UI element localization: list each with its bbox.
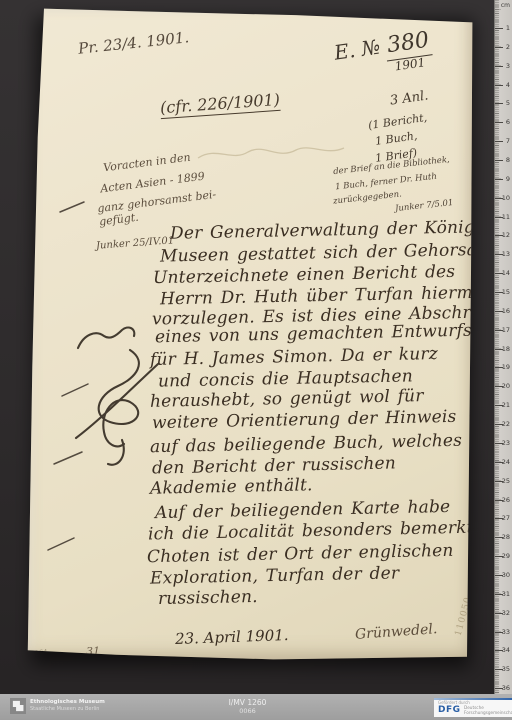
ruler-cm-mark: 27	[495, 513, 512, 523]
ruler-cm-mark: 26	[495, 495, 512, 505]
dfg-logo: Gefördert durch DFG Deutsche Forschungsg…	[434, 698, 512, 717]
manuscript-page: Pr. 23/4. 1901. E. № 380 1901 (cfr. 226/…	[26, 6, 476, 662]
image-number: 0066	[0, 707, 495, 716]
right-margin-signature: Junker 7/5.01	[395, 199, 454, 214]
ruler-cm-mark: 30	[495, 570, 512, 580]
ruler-cm-mark: 18	[495, 344, 512, 354]
ruler-cm-mark: 34	[495, 645, 512, 655]
caption-center: I/MV 1260 0066	[0, 698, 495, 716]
ruler-cm-mark: 9	[495, 174, 512, 184]
body-line: weitere Orientierung der Hinweis	[152, 409, 457, 432]
ruler-cm-mark: 12	[495, 230, 512, 240]
archive-sequence-stamp: 110050	[455, 596, 474, 637]
cross-reference-note: (cfr. 226/1901)	[160, 92, 281, 116]
body-line: Akademie enthält.	[150, 477, 313, 497]
e-number-note: E. № 380 1901	[333, 29, 432, 64]
right-margin-note-line: 1 Buch, ferner Dr. Huth	[335, 173, 437, 192]
ruler-cm-mark: 1	[495, 23, 512, 33]
e-number-prefix: E. №	[333, 34, 382, 64]
ruler-cm-mark: 3	[495, 61, 512, 71]
body-line: russischen.	[158, 589, 258, 608]
ruler-cm-mark: 25	[495, 476, 512, 486]
pencil-squiggle	[198, 148, 344, 158]
enclosure-count: 3 Anl.	[389, 89, 429, 107]
body-line: ich die Localität besonders bemerkt.	[148, 520, 480, 544]
enclosure-item: (1 Bericht,	[368, 112, 428, 131]
ruler-cm-mark: 17	[495, 325, 512, 335]
ruler-cm-mark: 16	[495, 306, 512, 316]
ruler-cm-mark: 24	[495, 457, 512, 467]
ruler-cm-mark: 32	[495, 608, 512, 618]
e-number-year: 1901	[394, 56, 426, 72]
body-line: Exploration, Turfan der der	[150, 565, 400, 587]
ruler-cm-mark: 11	[495, 212, 512, 222]
e-number-value: 380	[384, 27, 433, 61]
dfg-abbreviation: DFG	[438, 705, 461, 715]
ruler-cm-mark: 28	[495, 532, 512, 542]
ruler-cm-mark: 35	[495, 664, 512, 674]
left-margin-note-line: gefügt.	[98, 212, 139, 228]
body-line: den Bericht der russischen	[152, 455, 396, 477]
ruler-cm-mark: 10	[495, 193, 512, 203]
ruler-cm-mark: 7	[495, 136, 512, 146]
body-line: Museen gestattet sich der Gehorsamst	[160, 241, 510, 265]
body-line: für H. James Simon. Da er kurz	[150, 346, 438, 369]
ruler-cm-mark: 15	[495, 287, 512, 297]
ruler-cm-mark: 23	[495, 438, 512, 448]
body-line: auf das beiliegende Buch, welches	[150, 433, 462, 457]
ruler-cm-mark: 21	[495, 400, 512, 410]
ruler-cm-mark: 22	[495, 419, 512, 429]
date-line: 23. April 1901.	[175, 628, 289, 647]
right-margin-note-line: zurückgegeben.	[333, 190, 403, 206]
margin-check-strokes	[48, 202, 88, 550]
ruler-cm-mark: 20	[495, 381, 512, 391]
shelfmark: I/MV 1260	[0, 698, 495, 707]
ruler-cm-mark: 2	[495, 42, 512, 52]
scanned-document-viewer: Pr. 23/4. 1901. E. № 380 1901 (cfr. 226/…	[0, 0, 512, 720]
ruler-cm-mark: 4	[495, 80, 512, 90]
ruler-cm-mark: 6	[495, 117, 512, 127]
ruler-cm-mark: 29	[495, 551, 512, 561]
enclosure-item: 1 Buch,	[374, 130, 418, 147]
dfg-blue-bar	[434, 698, 512, 700]
left-margin-note-line: Voracten in den	[103, 152, 191, 174]
body-line: eines von uns gemachten Entwurfs	[155, 323, 472, 347]
ruler-cm-mark: 19	[495, 362, 512, 372]
ruler-cm-mark: 31	[495, 589, 512, 599]
ruler-cm-mark: 36	[495, 683, 512, 693]
signature: Grünwedel.	[355, 622, 438, 642]
paraph-flourish	[76, 328, 158, 465]
funder-name: Deutsche Forschungsgemeinschaft	[464, 705, 512, 715]
ruler-cm-mark: 5	[495, 98, 512, 108]
body-line: Choten ist der Ort der englischen	[147, 543, 454, 566]
body-line: Der Generalverwaltung der Königlichen	[170, 218, 512, 243]
ruler-cm-mark: 33	[495, 627, 512, 637]
ruler-cm-mark: 13	[495, 249, 512, 259]
presentation-date-note: Pr. 23/4. 1901.	[78, 30, 190, 57]
ruler-cm-mark: 14	[495, 268, 512, 278]
ruler-cm-mark: 8	[495, 155, 512, 165]
ruler-unit-label: cm	[501, 2, 510, 9]
cm-ruler: cm 1234567891011121314151617181920212223…	[494, 0, 512, 694]
